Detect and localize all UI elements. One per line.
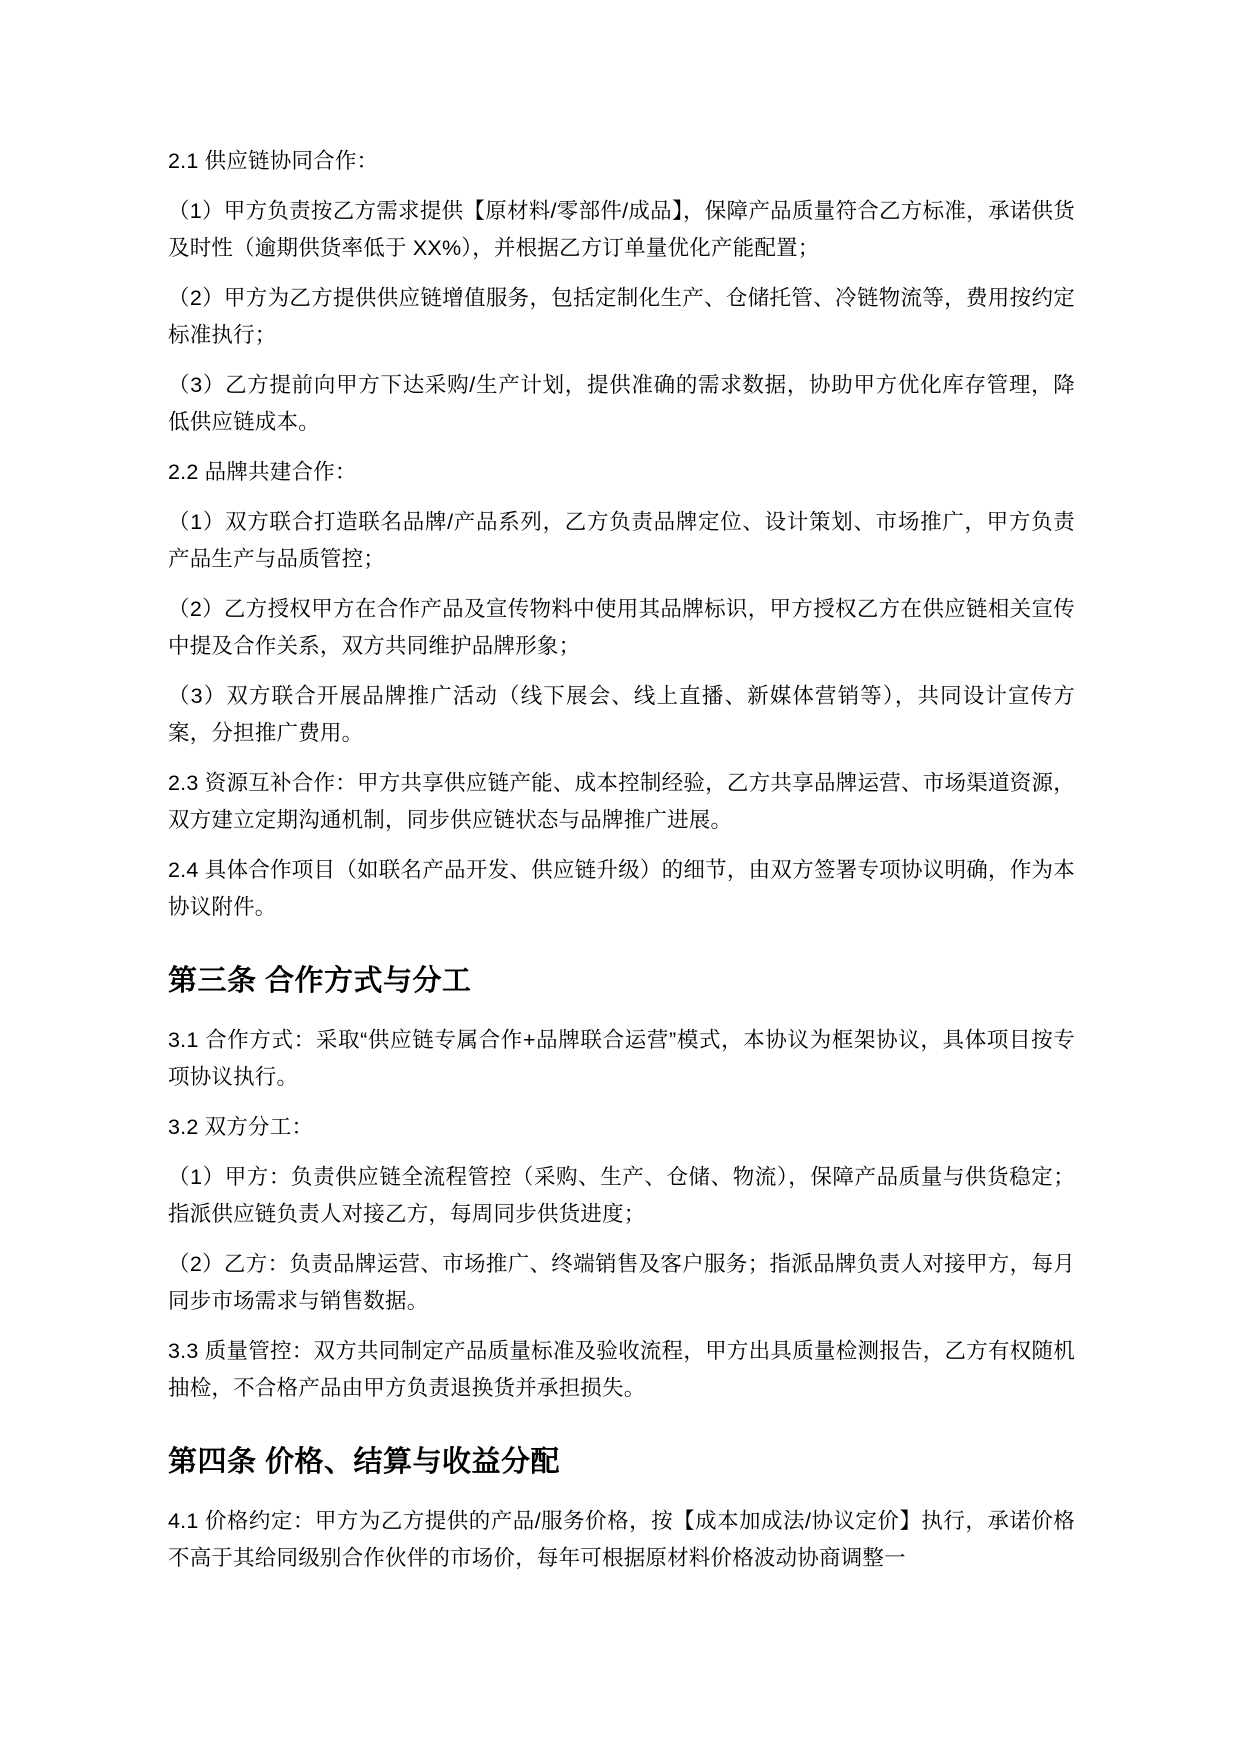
section-heading-article-4: 第四条 价格、结算与收益分配 bbox=[168, 1440, 1075, 1484]
paragraph-2-2-title: 2.2 品牌共建合作： bbox=[168, 454, 1075, 491]
document-page: 2.1 供应链协同合作： （1）甲方负责按乙方需求提供【原材料/零部件/成品】，… bbox=[0, 0, 1241, 1755]
paragraph-3-1: 3.1 合作方式：采取“供应链专属合作+品牌联合运营”模式，本协议为框架协议，具… bbox=[168, 1022, 1075, 1096]
section-heading-article-3: 第三条 合作方式与分工 bbox=[168, 959, 1075, 1003]
paragraph-2-1-item-3: （3）乙方提前向甲方下达采购/生产计划，提供准确的需求数据，协助甲方优化库存管理… bbox=[168, 367, 1075, 441]
paragraph-2-1-title: 2.1 供应链协同合作： bbox=[168, 143, 1075, 180]
paragraph-2-2-item-1: （1）双方联合打造联名品牌/产品系列，乙方负责品牌定位、设计策划、市场推广，甲方… bbox=[168, 504, 1075, 578]
paragraph-2-2-item-3: （3）双方联合开展品牌推广活动（线下展会、线上直播、新媒体营销等），共同设计宣传… bbox=[168, 678, 1075, 752]
paragraph-2-4: 2.4 具体合作项目（如联名产品开发、供应链升级）的细节，由双方签署专项协议明确… bbox=[168, 852, 1075, 926]
paragraph-2-3: 2.3 资源互补合作：甲方共享供应链产能、成本控制经验，乙方共享品牌运营、市场渠… bbox=[168, 765, 1075, 839]
paragraph-4-1: 4.1 价格约定：甲方为乙方提供的产品/服务价格，按【成本加成法/协议定价】执行… bbox=[168, 1503, 1075, 1577]
paragraph-3-2-item-2: （2）乙方：负责品牌运营、市场推广、终端销售及客户服务；指派品牌负责人对接甲方，… bbox=[168, 1246, 1075, 1320]
paragraph-2-1-item-1: （1）甲方负责按乙方需求提供【原材料/零部件/成品】，保障产品质量符合乙方标准，… bbox=[168, 193, 1075, 267]
document-body: 2.1 供应链协同合作： （1）甲方负责按乙方需求提供【原材料/零部件/成品】，… bbox=[168, 143, 1075, 1590]
paragraph-2-2-item-2: （2）乙方授权甲方在合作产品及宣传物料中使用其品牌标识，甲方授权乙方在供应链相关… bbox=[168, 591, 1075, 665]
paragraph-3-2-item-1: （1）甲方：负责供应链全流程管控（采购、生产、仓储、物流），保障产品质量与供货稳… bbox=[168, 1159, 1075, 1233]
paragraph-2-1-item-2: （2）甲方为乙方提供供应链增值服务，包括定制化生产、仓储托管、冷链物流等，费用按… bbox=[168, 280, 1075, 354]
paragraph-3-2-title: 3.2 双方分工： bbox=[168, 1109, 1075, 1146]
paragraph-3-3: 3.3 质量管控：双方共同制定产品质量标准及验收流程，甲方出具质量检测报告，乙方… bbox=[168, 1333, 1075, 1407]
